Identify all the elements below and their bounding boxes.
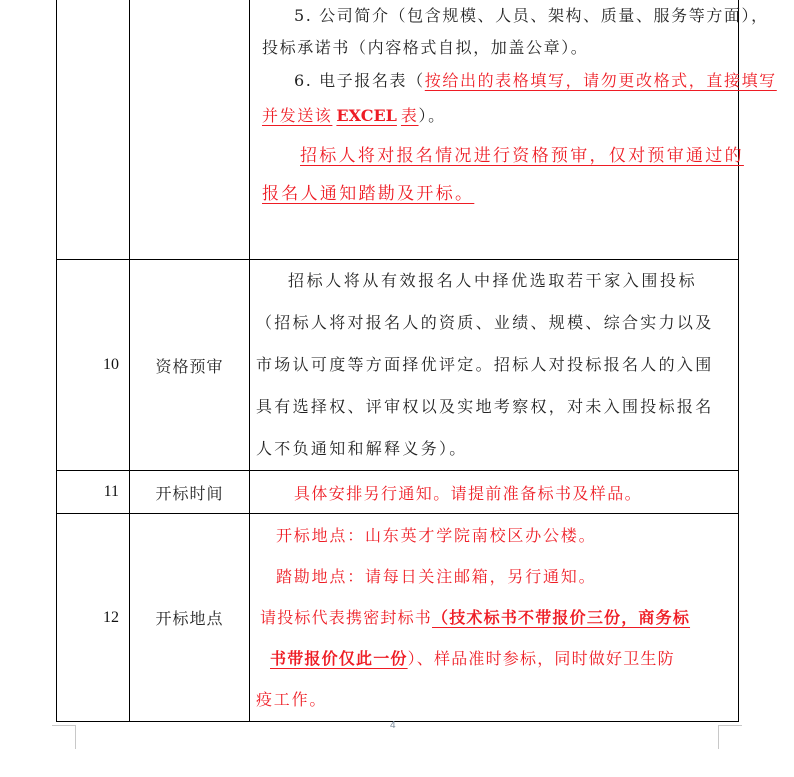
red-text: 疫工作。 (256, 679, 732, 720)
content-line: 书带报价仅此一份）、样品准时参标，同时做好卫生防 (256, 638, 732, 679)
content-line: 5. 公司简介（包含规模、人员、架构、质量、服务等方面）， (294, 3, 769, 26)
red-underlined-text: 表 (401, 106, 419, 125)
row-content-cell: 招标人将从有效报名人中择优选取若干家入围投标 （招标人将对报名人的资质、业绩、规… (250, 260, 739, 471)
red-underlined-text: 并发送该 (262, 106, 332, 125)
row-item-cell (130, 0, 250, 260)
red-bold-underlined-text: （技术标书不带报价三份，商务标 (432, 608, 690, 627)
content-line: 市场认可度等方面择优评定。招标人对投标报名人的入围 (256, 344, 732, 386)
crop-mark-left-horizontal (52, 725, 76, 726)
content-line: 6. 电子报名表（按给出的表格填写，请勿更改格式，直接填写 (294, 68, 777, 91)
row-content-cell: 开标地点：山东英才学院南校区办公楼。 踏勘地点：请每日关注邮箱，另行通知。 请投… (250, 514, 739, 722)
content-line: （招标人将对报名人的资质、业绩、规模、综合实力以及 (256, 302, 732, 344)
document-page: 5. 公司简介（包含规模、人员、架构、质量、服务等方面）， 投标承诺书（内容格式… (0, 0, 794, 777)
content-line: 请投标代表携密封标书（技术标书不带报价三份，商务标 (256, 597, 732, 638)
red-underlined-text: 按给出的表格填写，请勿更改格式，直接填写 (425, 71, 777, 90)
row-number-cell: 12 (57, 514, 130, 722)
content-line: 人不负通知和解释义务）。 (256, 428, 732, 470)
content-text: 6. 电子报名表（ (294, 71, 425, 90)
red-text: 踏勘地点：请每日关注邮箱，另行通知。 (256, 556, 732, 597)
red-bold-underlined-text: EXCEL (336, 106, 397, 125)
row-item-cell: 开标时间 (130, 471, 250, 514)
row-item-cell: 资格预审 (130, 260, 250, 471)
red-text: ）、样品准时参标，同时做好卫生防 (408, 649, 675, 668)
content-line: 招标人将从有效报名人中择优选取若干家入围投标 (256, 260, 732, 302)
content-line: 投标承诺书（内容格式自拟，加盖公章）。 (262, 35, 588, 58)
page-number: 4 (390, 720, 396, 731)
row-number-cell: 10 (57, 260, 130, 471)
red-underlined-text: 报名人通知踏勘及开标。 (262, 179, 474, 204)
crop-mark-right-horizontal (718, 725, 742, 726)
red-text: 请投标代表携密封标书 (260, 608, 432, 627)
content-line: 并发送该EXCEL表）。 (262, 103, 446, 126)
row-item-cell: 开标地点 (130, 514, 250, 722)
crop-mark-left-vertical (75, 725, 76, 749)
content-line: 具有选择权、评审权以及实地考察权，对未入围投标报名 (256, 386, 732, 428)
red-text: 开标地点：山东英才学院南校区办公楼。 (256, 515, 732, 556)
red-underlined-text: 招标人将对报名情况进行资格预审，仅对预审通过的 (300, 141, 744, 166)
red-text: 具体安排另行通知。请提前准备标书及样品。 (256, 481, 732, 504)
crop-mark-right-vertical (718, 725, 719, 749)
table-row: 5. 公司简介（包含规模、人员、架构、质量、服务等方面）， 投标承诺书（内容格式… (57, 0, 739, 260)
row-content-cell: 具体安排另行通知。请提前准备标书及样品。 (250, 471, 739, 514)
table-row: 10 资格预审 招标人将从有效报名人中择优选取若干家入围投标 （招标人将对报名人… (57, 260, 739, 471)
row-number-cell: 11 (57, 471, 130, 514)
table-row: 12 开标地点 开标地点：山东英才学院南校区办公楼。 踏勘地点：请每日关注邮箱，… (57, 514, 739, 722)
tender-info-table: 5. 公司简介（包含规模、人员、架构、质量、服务等方面）， 投标承诺书（内容格式… (56, 0, 739, 722)
red-bold-underlined-text: 书带报价仅此一份 (270, 649, 408, 668)
table-row: 11 开标时间 具体安排另行通知。请提前准备标书及样品。 (57, 471, 739, 514)
row-content-cell: 5. 公司简介（包含规模、人员、架构、质量、服务等方面）， 投标承诺书（内容格式… (250, 0, 739, 260)
content-text: ）。 (419, 106, 446, 125)
row-number-cell (57, 0, 130, 260)
